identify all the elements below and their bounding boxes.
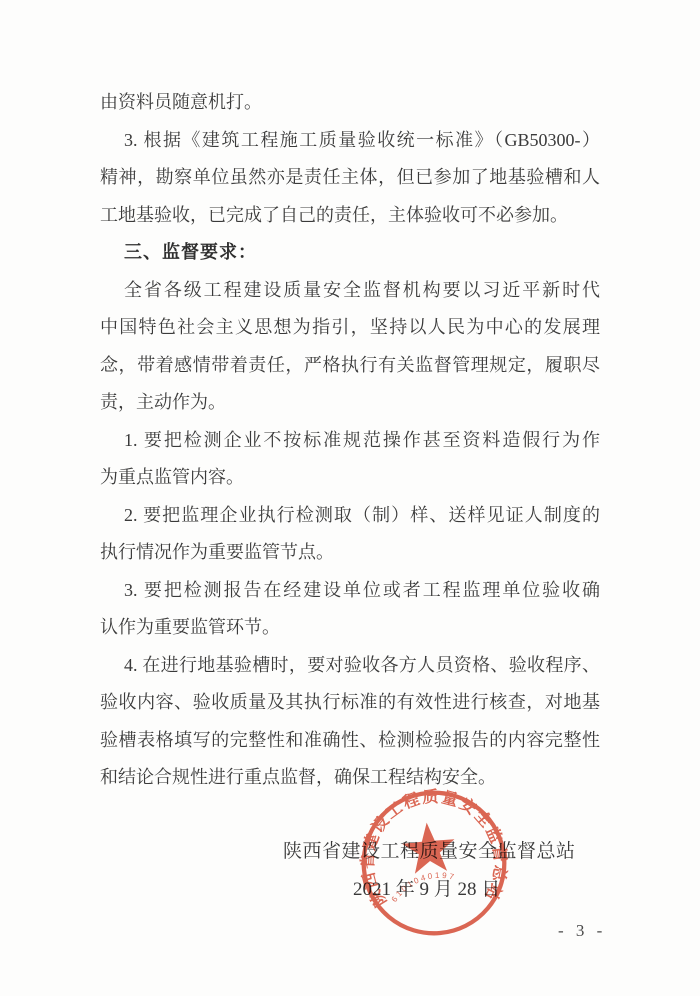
text-line: 念，带着感情带着责任，严格执行有关监督管理规定，履职尽 (100, 347, 600, 385)
page-number: - 3 - (558, 921, 606, 941)
text-line: 全省各级工程建设质量安全监督机构要以习近平新时代 (100, 272, 600, 310)
official-seal-stamp: 陕西省建设工程质量安全监督总站 6101040197 (351, 777, 516, 950)
text-line: 为重点监管内容。 (100, 459, 600, 497)
text-line: 工地基验收，已完成了自己的责任，主体验收可不必参加。 (100, 197, 600, 235)
document-page: 由资料员随意机打。3. 根据《建筑工程施工质量验收统一标准》（GB50300-）… (0, 0, 700, 996)
text-line: 2. 要把监理企业执行检测取（制）样、送样见证人制度的 (100, 497, 600, 535)
text-line: 责，主动作为。 (100, 384, 600, 422)
text-line: 和结论合规性进行重点监督，确保工程结构安全。 (100, 759, 600, 797)
text-line: 精神，勘察单位虽然亦是责任主体，但已参加了地基验槽和人 (100, 159, 600, 197)
signature-org: 陕西省建设工程质量安全监督总站 (283, 836, 576, 863)
text-line: 1. 要把检测企业不按标准规范操作甚至资料造假行为作 (100, 422, 600, 460)
text-line: 认作为重要监管环节。 (100, 609, 600, 647)
document-body: 由资料员随意机打。3. 根据《建筑工程施工质量验收统一标准》（GB50300-）… (100, 84, 600, 797)
text-line: 由资料员随意机打。 (100, 84, 600, 122)
text-line: 3. 要把检测报告在经建设单位或者工程监理单位验收确 (100, 572, 600, 610)
seal-ring-circle (358, 787, 510, 939)
text-line: 验收内容、验收质量及其执行标准的有效性进行核查，对地基 (100, 684, 600, 722)
text-line: 中国特色社会主义思想为指引，坚持以人民为中心的发展理 (100, 309, 600, 347)
signature-date: 2021 年 9 月 28 日 (353, 874, 500, 901)
text-line: 3. 根据《建筑工程施工质量验收统一标准》（GB50300-） (100, 122, 600, 160)
text-line: 验槽表格填写的完整性和准确性、检测检验报告的内容完整性 (100, 722, 600, 760)
text-line: 执行情况作为重要监管节点。 (100, 534, 600, 572)
text-line: 4. 在进行地基验槽时，要对验收各方人员资格、验收程序、 (100, 647, 600, 685)
text-line: 三、监督要求： (100, 234, 600, 272)
